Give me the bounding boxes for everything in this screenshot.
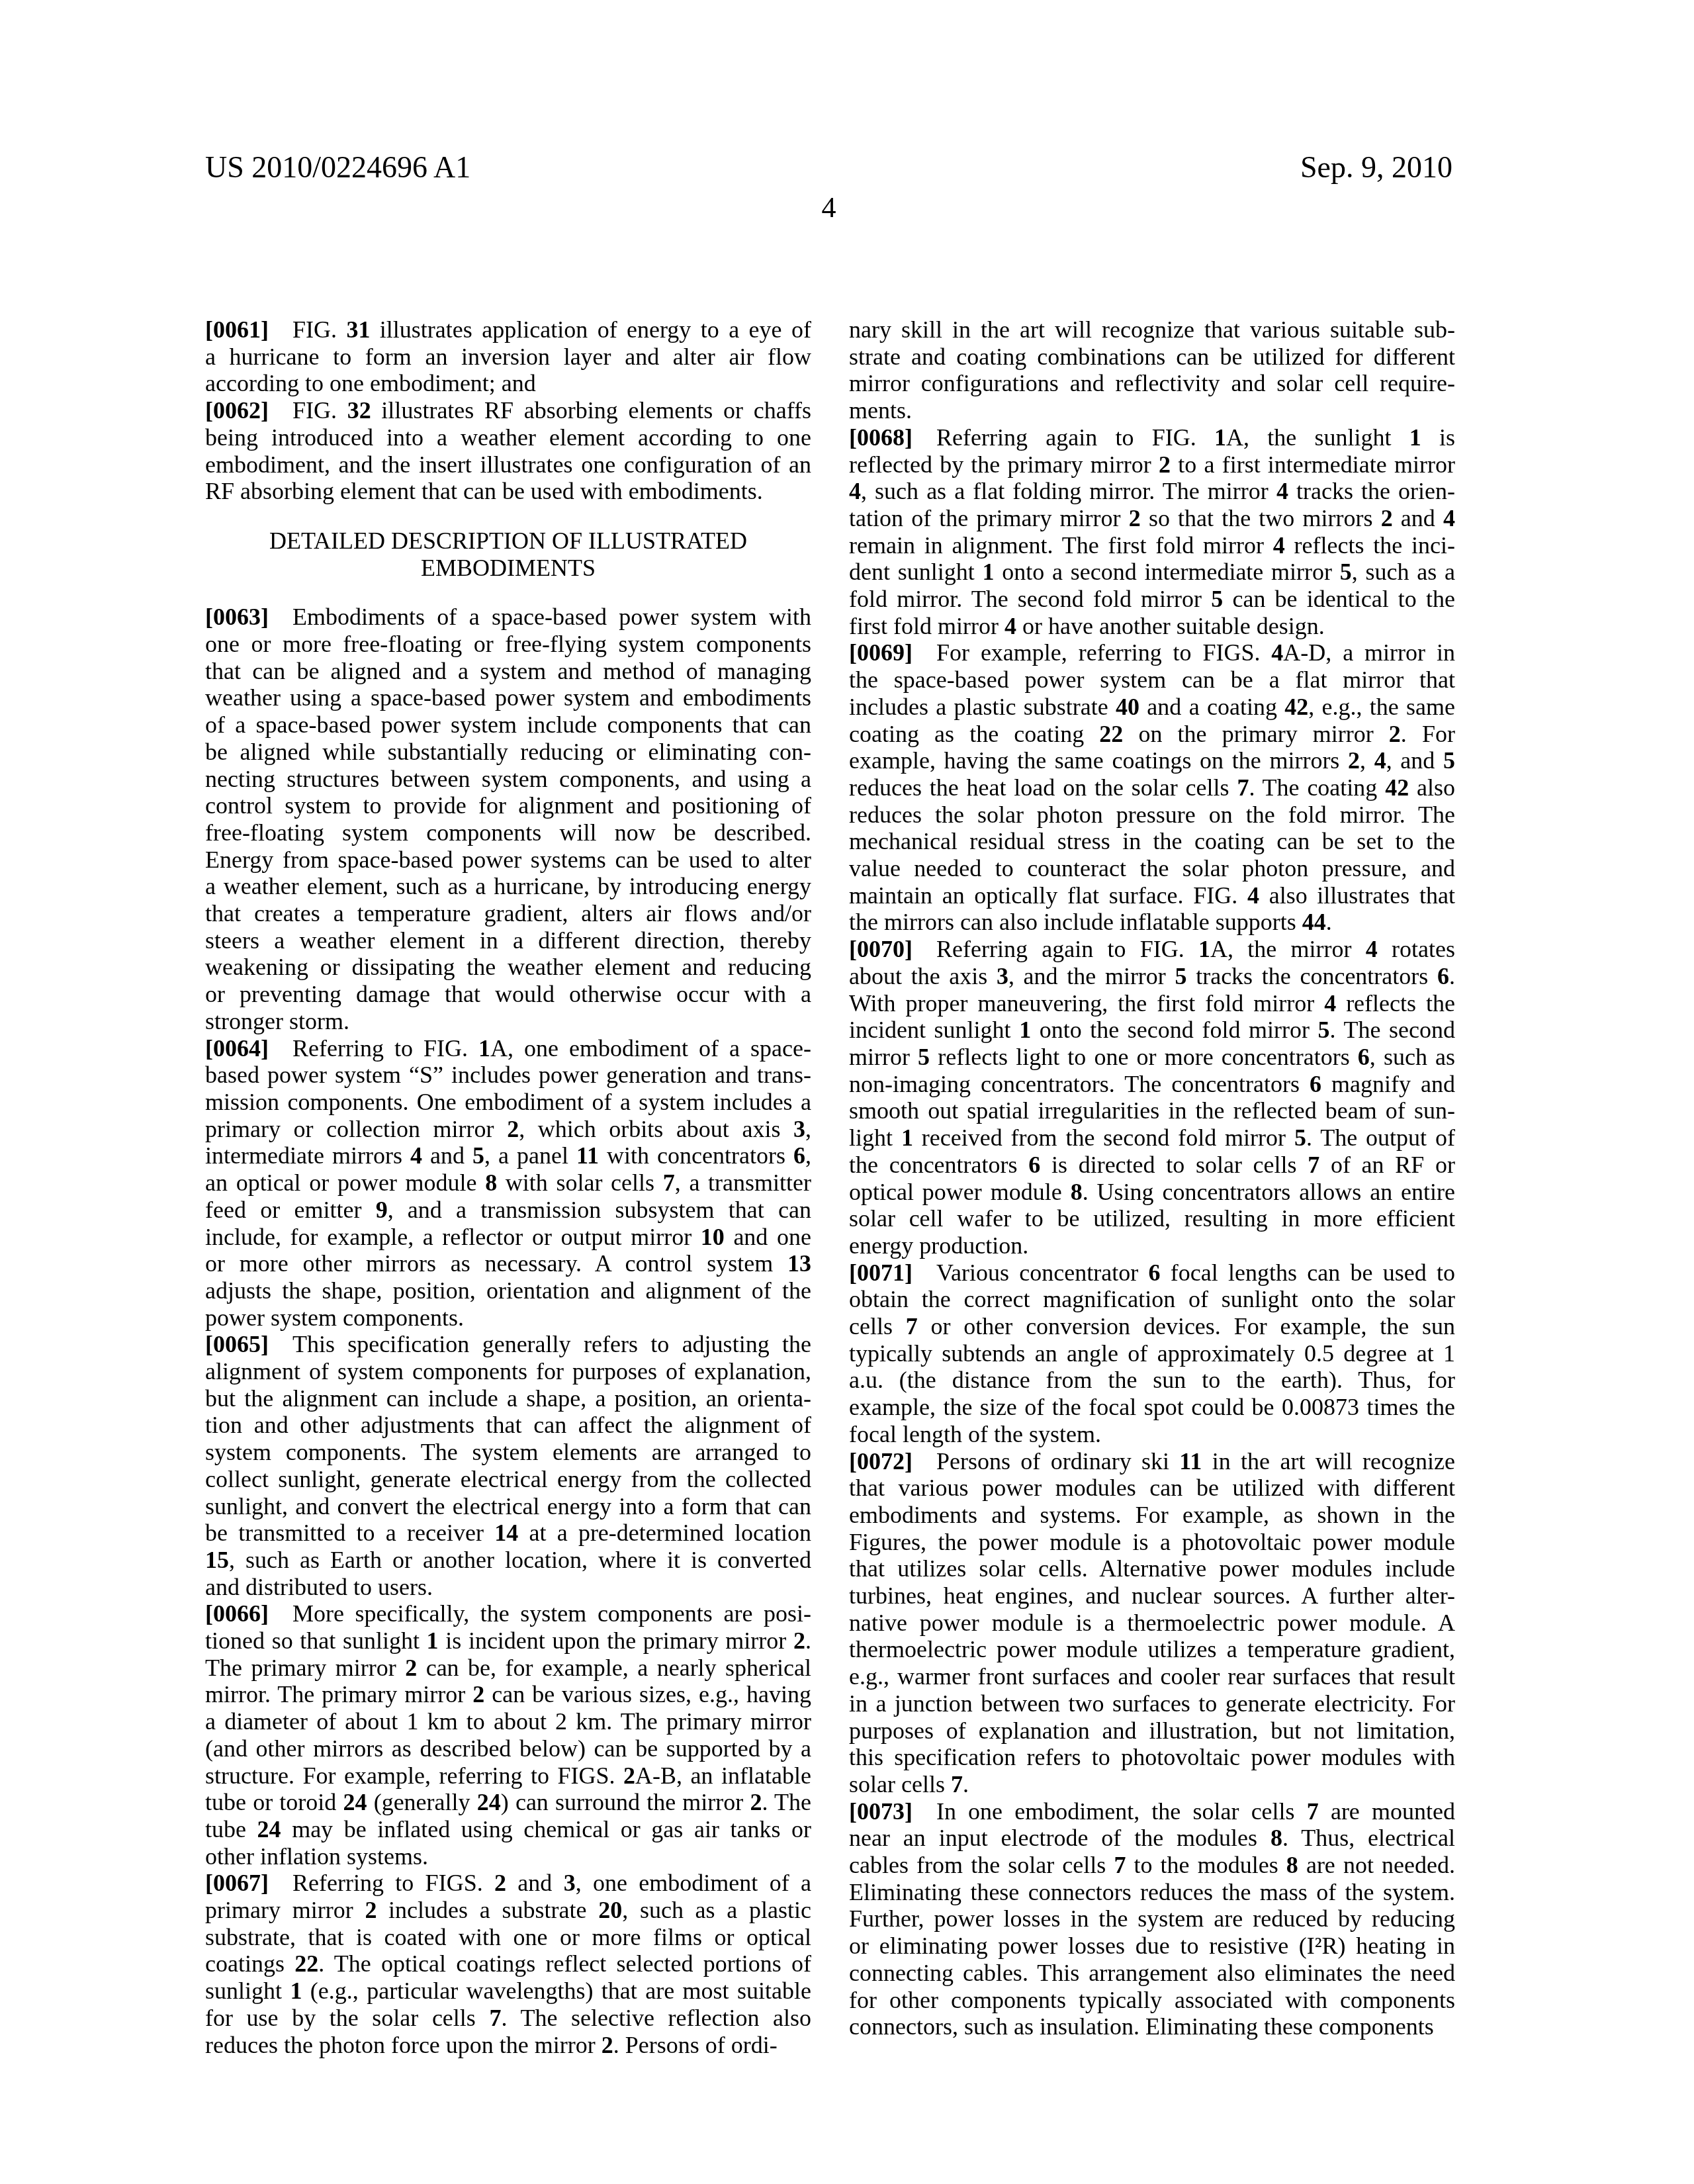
text-line: or more other mirrors as necessary. A co… (205, 1250, 811, 1277)
text-line: [0067] Referring to FIGS. 2 and 3, one e… (205, 1870, 811, 1897)
text-line: steers a weather element in a different … (205, 927, 811, 954)
text-line: be aligned while substantially reducing … (205, 739, 811, 766)
text-line: purposes of explanation and illustration… (849, 1717, 1455, 1745)
text-line: include, for example, a reflector or out… (205, 1224, 811, 1251)
text-line: coating as the coating 22 on the primary… (849, 721, 1455, 748)
text-line: feed or emitter 9, and a transmission su… (205, 1197, 811, 1224)
text-line: for use by the solar cells 7. The select… (205, 2005, 811, 2032)
text-line: e.g., warmer front surfaces and cooler r… (849, 1663, 1455, 1690)
text-line: solar cell wafer to be utilized, resulti… (849, 1205, 1455, 1232)
patent-page: { "page": { "header_left": "US 2010/0224… (0, 0, 1694, 2184)
text-line: mechanical residual stress in the coatin… (849, 828, 1455, 855)
text-line: incident sunlight 1 onto the second fold… (849, 1017, 1455, 1044)
text-line: the mirrors can also include inflatable … (849, 909, 1455, 936)
text-line: mirror 5 reflects light to one or more c… (849, 1044, 1455, 1071)
text-line: 15, such as Earth or another location, w… (205, 1547, 811, 1574)
text-line: be transmitted to a receiver 14 at a pre… (205, 1520, 811, 1547)
text-line: adjusts the shape, position, orientation… (205, 1277, 811, 1304)
section-heading: DETAILED DESCRIPTION OF ILLUSTRATEDEMBOD… (205, 527, 811, 581)
text-line: stronger storm. (205, 1008, 811, 1035)
text-line: obtain the correct magnification of sunl… (849, 1286, 1455, 1313)
text-line: RF absorbing element that can be used wi… (205, 478, 811, 505)
paragraph: [0065] This specification generally refe… (205, 1331, 811, 1600)
text-line: being introduced into a weather element … (205, 424, 811, 451)
text-line: Energy from space-based power systems ca… (205, 846, 811, 874)
text-column-right: nary skill in the art will recognize tha… (849, 316, 1455, 2040)
text-line: optical power module 8. Using concentrat… (849, 1179, 1455, 1206)
text-line: connecting cables. This arrangement also… (849, 1960, 1455, 1987)
text-line: tube or toroid 24 (generally 24) can sur… (205, 1789, 811, 1816)
text-line: collect sunlight, generate electrical en… (205, 1466, 811, 1493)
text-line: Further, power losses in the system are … (849, 1905, 1455, 1933)
text-line: [0063] Embodiments of a space-based powe… (205, 604, 811, 631)
paragraph: [0062] FIG. 32 illustrates RF absorbing … (205, 397, 811, 505)
text-line: that can be aligned and a system and met… (205, 658, 811, 685)
text-line: primary mirror 2 includes a substrate 20… (205, 1897, 811, 1924)
text-line: of a space-based power system include co… (205, 711, 811, 739)
text-line: connectors, such as insulation. Eliminat… (849, 2013, 1455, 2040)
text-line: based power system “S” includes power ge… (205, 1062, 811, 1089)
text-line: The primary mirror 2 can be, for example… (205, 1655, 811, 1682)
text-column-left: [0061] FIG. 31 illustrates application o… (205, 316, 811, 2058)
text-line: structure. For example, referring to FIG… (205, 1762, 811, 1790)
text-line: embodiment, and the insert illustrates o… (205, 451, 811, 478)
text-line: a weather element, such as a hurricane, … (205, 873, 811, 900)
text-line: or eliminating power losses due to resis… (849, 1933, 1455, 1960)
text-line: example, the size of the focal spot coul… (849, 1394, 1455, 1421)
text-line: [0061] FIG. 31 illustrates application o… (205, 316, 811, 343)
text-line: typically subtends an angle of approxima… (849, 1340, 1455, 1367)
text-line: for other components typically associate… (849, 1987, 1455, 2014)
text-line: an optical or power module 8 with solar … (205, 1169, 811, 1197)
text-line: tation of the primary mirror 2 so that t… (849, 505, 1455, 532)
paragraph: nary skill in the art will recognize tha… (849, 316, 1455, 424)
text-line: [0065] This specification generally refe… (205, 1331, 811, 1358)
text-line: smooth out spatial irregularities in the… (849, 1097, 1455, 1124)
paragraph: [0073] In one embodiment, the solar cell… (849, 1798, 1455, 2040)
text-line: strate and coating combinations can be u… (849, 343, 1455, 371)
text-line: cables from the solar cells 7 to the mod… (849, 1852, 1455, 1879)
text-line: mission components. One embodiment of a … (205, 1089, 811, 1116)
text-line: weather using a space-based power system… (205, 684, 811, 711)
paragraph: [0067] Referring to FIGS. 2 and 3, one e… (205, 1870, 811, 2058)
text-line: value needed to counteract the solar pho… (849, 855, 1455, 882)
text-line: in a junction between two surfaces to ge… (849, 1690, 1455, 1717)
text-line: substrate, that is coated with one or mo… (205, 1924, 811, 1951)
heading-line: DETAILED DESCRIPTION OF ILLUSTRATED (205, 527, 811, 555)
text-line: Figures, the power module is a photovolt… (849, 1529, 1455, 1556)
text-line: 4, such as a flat folding mirror. The mi… (849, 478, 1455, 505)
text-line: this specification refers to photovoltai… (849, 1744, 1455, 1771)
paragraph: [0072] Persons of ordinary ski 11 in the… (849, 1448, 1455, 1798)
text-line: tion and other adjustments that can affe… (205, 1412, 811, 1439)
publication-date: Sep. 9, 2010 (1247, 150, 1452, 185)
text-line: power system components. (205, 1304, 811, 1332)
text-line: light 1 received from the second fold mi… (849, 1124, 1455, 1152)
paragraph: [0064] Referring to FIG. 1A, one embodim… (205, 1035, 811, 1332)
text-line: mirror. The primary mirror 2 can be vari… (205, 1681, 811, 1708)
text-line: energy production. (849, 1232, 1455, 1259)
text-line: solar cells 7. (849, 1771, 1455, 1798)
paragraph: [0071] Various concentrator 6 focal leng… (849, 1259, 1455, 1448)
text-line: remain in alignment. The first fold mirr… (849, 532, 1455, 559)
text-line: necting structures between system compon… (205, 766, 811, 793)
heading-line: EMBODIMENTS (205, 555, 811, 582)
text-line: alignment of system components for purpo… (205, 1358, 811, 1385)
text-line: sunlight 1 (e.g., particular wavelengths… (205, 1978, 811, 2005)
text-line: [0068] Referring again to FIG. 1A, the s… (849, 424, 1455, 451)
text-line: about the axis 3, and the mirror 5 track… (849, 963, 1455, 990)
text-line: the space-based power system can be a fl… (849, 666, 1455, 694)
text-line: according to one embodiment; and (205, 370, 811, 397)
text-line: that various power modules can be utiliz… (849, 1475, 1455, 1502)
page-number: 4 (205, 191, 1452, 224)
text-line: maintain an optically flat surface. FIG.… (849, 882, 1455, 909)
text-line: sunlight, and convert the electrical ene… (205, 1493, 811, 1520)
text-line: reduces the photon force upon the mirror… (205, 2032, 811, 2059)
text-line: [0070] Referring again to FIG. 1A, the m… (849, 936, 1455, 963)
text-line: (and other mirrors as described below) c… (205, 1735, 811, 1762)
text-line: control system to provide for alignment … (205, 792, 811, 819)
text-line: tioned so that sunlight 1 is incident up… (205, 1627, 811, 1655)
text-line: [0072] Persons of ordinary ski 11 in the… (849, 1448, 1455, 1475)
text-line: reduces the solar photon pressure on the… (849, 801, 1455, 829)
text-line: a diameter of about 1 km to about 2 km. … (205, 1708, 811, 1735)
paragraph: [0070] Referring again to FIG. 1A, the m… (849, 936, 1455, 1259)
paragraph: [0066] More specifically, the system com… (205, 1600, 811, 1870)
text-line: [0064] Referring to FIG. 1A, one embodim… (205, 1035, 811, 1062)
text-line: [0066] More specifically, the system com… (205, 1600, 811, 1627)
text-line: but the alignment can include a shape, a… (205, 1385, 811, 1412)
text-line: reduces the heat load on the solar cells… (849, 774, 1455, 801)
text-line: non-imaging concentrators. The concentra… (849, 1071, 1455, 1098)
text-line: a hurricane to form an inversion layer a… (205, 343, 811, 371)
text-line: embodiments and systems. For example, as… (849, 1502, 1455, 1529)
text-line: turbines, heat engines, and nuclear sour… (849, 1582, 1455, 1610)
text-line: that utilizes solar cells. Alternative p… (849, 1555, 1455, 1582)
text-line: includes a plastic substrate 40 and a co… (849, 694, 1455, 721)
text-line: thermoelectric power module utilizes a t… (849, 1636, 1455, 1663)
text-line: tube 24 may be inflated using chemical o… (205, 1816, 811, 1843)
text-line: [0073] In one embodiment, the solar cell… (849, 1798, 1455, 1825)
text-line: first fold mirror 4 or have another suit… (849, 613, 1455, 640)
paragraph: [0063] Embodiments of a space-based powe… (205, 604, 811, 1034)
text-line: focal length of the system. (849, 1421, 1455, 1448)
patent-number: US 2010/0224696 A1 (205, 150, 470, 185)
text-line: a.u. (the distance from the sun to the e… (849, 1367, 1455, 1394)
text-line: one or more free-floating or free-flying… (205, 631, 811, 658)
text-line: coatings 22. The optical coatings reflec… (205, 1950, 811, 1978)
text-line: cells 7 or other conversion devices. For… (849, 1313, 1455, 1340)
text-line: [0062] FIG. 32 illustrates RF absorbing … (205, 397, 811, 424)
text-line: primary or collection mirror 2, which or… (205, 1116, 811, 1143)
paragraph: [0068] Referring again to FIG. 1A, the s… (849, 424, 1455, 640)
text-line: free-floating system components will now… (205, 819, 811, 846)
text-line: near an input electrode of the modules 8… (849, 1825, 1455, 1852)
paragraph: [0069] For example, referring to FIGS. 4… (849, 639, 1455, 936)
text-line: example, having the same coatings on the… (849, 747, 1455, 774)
text-line: native power module is a thermoelectric … (849, 1610, 1455, 1637)
text-line: intermediate mirrors 4 and 5, a panel 11… (205, 1142, 811, 1169)
text-line: weakening or dissipating the weather ele… (205, 954, 811, 981)
text-line: and distributed to users. (205, 1574, 811, 1601)
text-line: the concentrators 6 is directed to solar… (849, 1152, 1455, 1179)
text-line: system components. The system elements a… (205, 1439, 811, 1466)
text-line: nary skill in the art will recognize tha… (849, 316, 1455, 343)
text-line: With proper maneuvering, the first fold … (849, 990, 1455, 1017)
text-line: mirror configurations and reflectivity a… (849, 370, 1455, 397)
paragraph: [0061] FIG. 31 illustrates application o… (205, 316, 811, 397)
text-line: reflected by the primary mirror 2 to a f… (849, 451, 1455, 478)
text-line: [0069] For example, referring to FIGS. 4… (849, 639, 1455, 666)
text-line: Eliminating these connectors reduces the… (849, 1879, 1455, 1906)
text-line: fold mirror. The second fold mirror 5 ca… (849, 586, 1455, 613)
text-line: ments. (849, 397, 1455, 424)
text-line: or preventing damage that would otherwis… (205, 981, 811, 1008)
text-line: other inflation systems. (205, 1843, 811, 1870)
text-line: that creates a temperature gradient, alt… (205, 900, 811, 927)
text-line: [0071] Various concentrator 6 focal leng… (849, 1259, 1455, 1287)
text-line: dent sunlight 1 onto a second intermedia… (849, 559, 1455, 586)
